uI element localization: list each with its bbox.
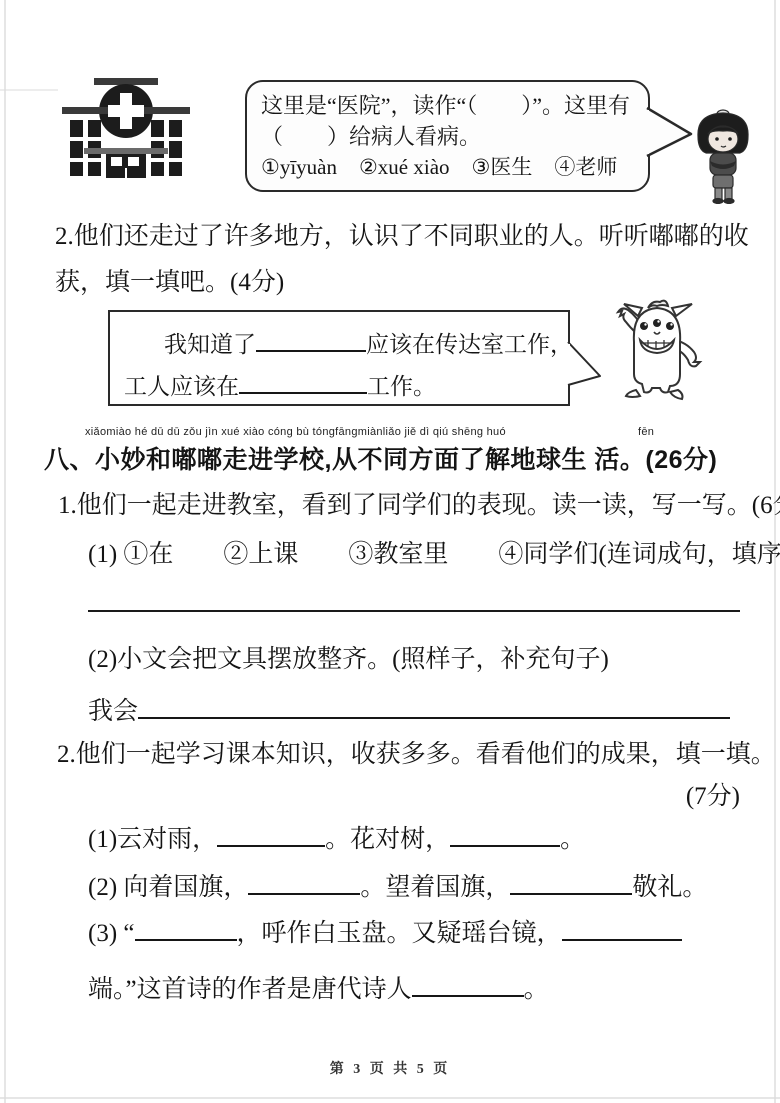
section-8-title: 八、小妙和嘟嘟走进学校,从不同方面了解地球生 活。(26分): [44, 440, 717, 476]
q1-stem: 1.他们一起走进教室，看到了同学们的表现。读一读，写一写。(6分): [58, 491, 780, 521]
option-4: ④老师: [554, 155, 617, 179]
question-text: 2.他们还走过了许多地方，认识了不同职业的人。听听嘟嘟的收: [55, 222, 749, 252]
option-1: ①yīyuàn: [261, 155, 337, 179]
option-2: ②xué xiào: [359, 155, 450, 179]
bubble-options-line: ①yīyuàn②xué xiào③医生④老师: [261, 152, 636, 183]
pinyin-text: xiǎomiào hé dū dū zǒu jìn xué xiào cóng …: [85, 426, 506, 438]
item-text: 。望着国旗，: [360, 874, 510, 901]
answer-blank: [239, 371, 367, 394]
pinyin-fen: fēn: [638, 426, 654, 438]
item-text: ，呼作白玉盘。又疑瑶台镜，: [237, 920, 562, 947]
answer-prefix: 我会: [88, 698, 138, 725]
option-3: ③医生: [472, 155, 533, 179]
q2-score: (7分): [686, 782, 740, 812]
answer-box: 我知道了应该在传达室工作， 工人应该在工作。: [108, 310, 570, 406]
bubble-text-line: 这里是“医院”，读作“（ ）”。这里有: [261, 90, 636, 121]
item-text: (2) 向着国旗，: [88, 874, 248, 901]
answer-blank: [248, 870, 360, 895]
answer-blank: [510, 870, 632, 895]
scan-smudge-topleft: [0, 89, 58, 91]
q2-item2: (2) 向着国旗，。望着国旗，敬礼。: [88, 870, 707, 903]
question-text: 获，填一填吧。(4分): [55, 268, 284, 298]
box-line-2: 工人应该在工作。: [124, 368, 436, 401]
item-text: (3) “: [88, 920, 135, 947]
scan-edge-left: [4, 0, 6, 1103]
item-text: 敬礼。: [632, 874, 707, 901]
item-text: (1)云对雨，: [88, 826, 217, 853]
answer-blank: [562, 916, 682, 941]
box-text: 工人应该在: [124, 374, 239, 399]
answer-blank: [217, 822, 325, 847]
hospital-icon: [58, 78, 194, 178]
q1-item2-answer: 我会: [88, 694, 730, 727]
monster-character: [610, 296, 706, 406]
bubble-text-line: （ ）给病人看病。: [261, 121, 636, 152]
box-line-1: 我知道了应该在传达室工作，: [164, 326, 573, 359]
q2-stem: 2.他们一起学习课本知识，收获多多。看看他们的成果，填一填。: [57, 740, 776, 770]
answer-blank: [138, 694, 730, 719]
q2-item3-line2: 端。”这首诗的作者是唐代诗人。: [88, 972, 549, 1005]
q2-item1: (1)云对雨，。花对树，。: [88, 822, 585, 855]
item-text: 。: [524, 976, 549, 1003]
girl-character: [690, 106, 756, 204]
pinyin-line: xiǎomiào hé dū dū zǒu jìn xué xiào cóng …: [85, 426, 745, 438]
answer-blank: [412, 972, 524, 997]
exam-page-scan: 这里是“医院”，读作“（ ）”。这里有 （ ）给病人看病。 ①yīyuàn②xu…: [0, 0, 780, 1103]
scan-edge-bottom: [0, 1097, 780, 1099]
box-text: 应该在传达室工作，: [366, 332, 573, 357]
answer-blank: [450, 822, 560, 847]
box-text: 我知道了: [164, 332, 256, 357]
bubble-tail: [646, 104, 696, 162]
answer-line: [88, 610, 740, 612]
page-footer: 第 3 页 共 5 页: [0, 1058, 780, 1078]
q1-item1: (1) ①在 ②上课 ③教室里 ④同学们(连词成句，填序号): [88, 540, 780, 570]
speech-bubble-hospital: 这里是“医院”，读作“（ ）”。这里有 （ ）给病人看病。 ①yīyuàn②xu…: [245, 80, 650, 192]
item-text: 。花对树，: [325, 826, 450, 853]
item-text: 。: [560, 826, 585, 853]
box-text: 工作。: [367, 374, 436, 399]
answer-box-tail: [567, 340, 605, 390]
answer-blank: [256, 329, 366, 352]
item-text: 端。”这首诗的作者是唐代诗人: [88, 976, 412, 1003]
q2-item3-line1: (3) “，呼作白玉盘。又疑瑶台镜，: [88, 916, 682, 949]
answer-blank: [135, 916, 237, 941]
q1-item2: (2)小文会把文具摆放整齐。(照样子，补充句子): [88, 645, 609, 675]
